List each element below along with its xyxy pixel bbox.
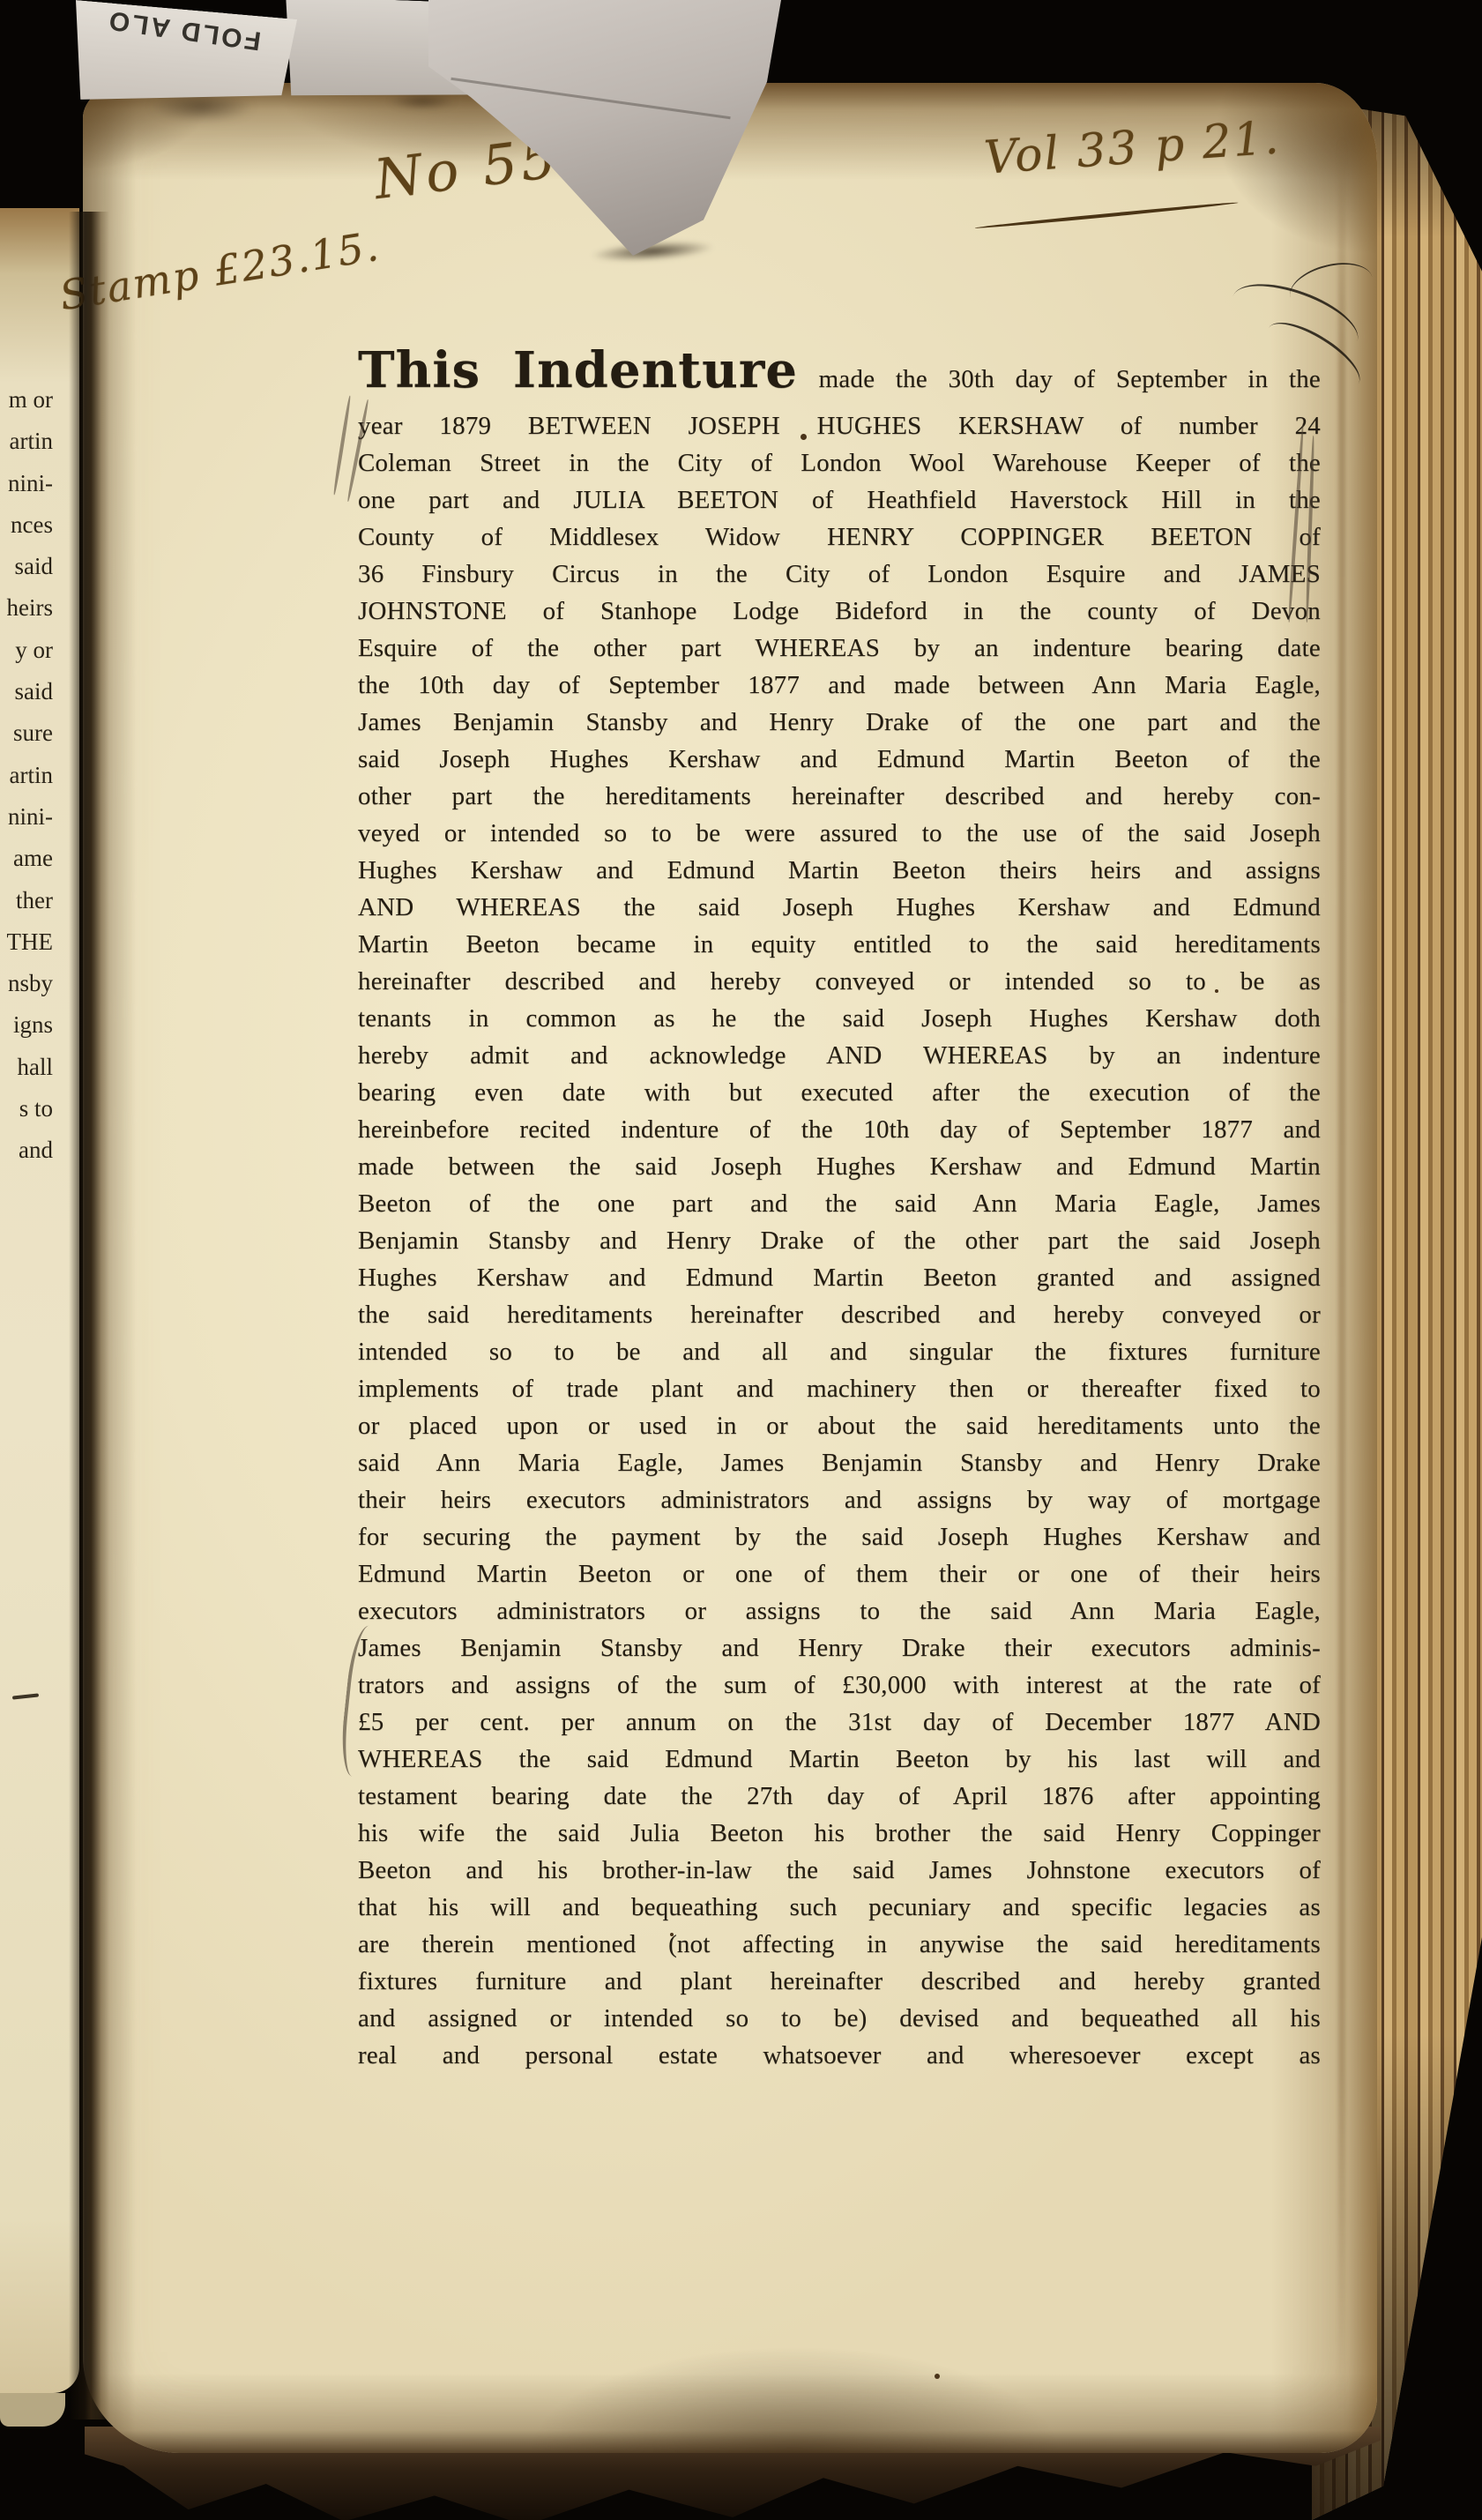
deed-body-text: This Indenture made the 30th day of Sept… bbox=[358, 339, 1321, 2074]
deed-line: hereinafter described and hereby conveye… bbox=[358, 963, 1321, 1000]
facing-page-under-leaf bbox=[0, 2393, 65, 2427]
facing-page-fragment: THE bbox=[0, 921, 53, 963]
deed-line: trators and assigns of the sum of £30,00… bbox=[358, 1666, 1321, 1704]
facing-page-fragment: nini- bbox=[0, 463, 53, 504]
deed-line: Beeton and his brother-in-law the said J… bbox=[358, 1852, 1321, 1889]
deed-line: bearing even date with but executed afte… bbox=[358, 1074, 1321, 1111]
deed-line: year 1879 BETWEEN JOSEPH HUGHES KERSHAW … bbox=[358, 407, 1321, 444]
facing-page-fragment: nsby bbox=[0, 963, 53, 1004]
deed-line: James Benjamin Stansby and Henry Drake t… bbox=[358, 1629, 1321, 1666]
deed-line: said Joseph Hughes Kershaw and Edmund Ma… bbox=[358, 741, 1321, 778]
facing-page-fragment: s to bbox=[0, 1088, 53, 1130]
deed-line: said Ann Maria Eagle, James Benjamin Sta… bbox=[358, 1444, 1321, 1481]
deed-line: AND WHEREAS the said Joseph Hughes Kersh… bbox=[358, 889, 1321, 926]
deed-page: No 553 Vol 33 p 21. Stamp £23.15. This I… bbox=[83, 83, 1377, 2453]
facing-page-fragment: ame bbox=[0, 838, 53, 879]
pencil-margin-mark bbox=[332, 395, 352, 495]
deed-line: executors administrators or assigns to t… bbox=[358, 1592, 1321, 1629]
deed-line: other part the hereditaments hereinafter… bbox=[358, 778, 1321, 815]
deed-line: their heirs executors administrators and… bbox=[358, 1481, 1321, 1518]
facing-page-fragment: artin bbox=[0, 755, 53, 796]
ledger-book-photo: m orartinnini-ncessaidheirsy orsaidsurea… bbox=[0, 0, 1482, 2520]
deed-line: real and personal estate whatsoever and … bbox=[358, 2037, 1321, 2074]
deed-line-text: made the 30th day of September in the bbox=[798, 365, 1321, 393]
deed-line: hereby admit and acknowledge AND WHEREAS… bbox=[358, 1037, 1321, 1074]
deed-line: that his will and bequeathing such pecun… bbox=[358, 1889, 1321, 1926]
facing-page-fragment: y or bbox=[0, 630, 53, 671]
deed-line: are therein mentioned (not affecting in … bbox=[358, 1926, 1321, 1963]
ink-speck bbox=[935, 2374, 940, 2379]
deed-line: County of Middlesex Widow HENRY COPPINGE… bbox=[358, 518, 1321, 555]
deed-line: hereinbefore recited indenture of the 10… bbox=[358, 1111, 1321, 1148]
deed-line: made between the said Joseph Hughes Kers… bbox=[358, 1148, 1321, 1185]
deed-line: the said hereditaments hereinafter descr… bbox=[358, 1296, 1321, 1333]
facing-page-fragment: said bbox=[0, 546, 53, 587]
deed-line: This Indenture made the 30th day of Sept… bbox=[358, 339, 1321, 407]
facing-page-fragment: hall bbox=[0, 1047, 53, 1088]
ink-speck bbox=[801, 434, 807, 440]
facing-page-fragment: said bbox=[0, 671, 53, 712]
facing-page-fragment: sure bbox=[0, 712, 53, 754]
facing-page-fragment: heirs bbox=[0, 587, 53, 629]
facing-page-fragment: m or bbox=[0, 379, 53, 421]
book-gutter-shadow bbox=[69, 212, 109, 2419]
deed-line: Martin Beeton became in equity entitled … bbox=[358, 926, 1321, 963]
deed-line: Edmund Martin Beeton or one of them thei… bbox=[358, 1555, 1321, 1592]
facing-page-fragment: artin bbox=[0, 421, 53, 462]
handwritten-volume-ref: Vol 33 p 21. bbox=[982, 111, 1282, 184]
margin-dash-mark bbox=[12, 1693, 39, 1699]
deed-line: WHEREAS the said Edmund Martin Beeton by… bbox=[358, 1741, 1321, 1778]
facing-page-fragment: and bbox=[0, 1130, 53, 1171]
deed-line: for securing the payment by the said Jos… bbox=[358, 1518, 1321, 1555]
volume-ref-text: Vol 33 p 21. bbox=[982, 111, 1282, 184]
deed-line: or placed upon or used in or about the s… bbox=[358, 1407, 1321, 1444]
deed-line: James Benjamin Stansby and Henry Drake o… bbox=[358, 704, 1321, 741]
deed-line: £5 per cent. per annum on the 31st day o… bbox=[358, 1704, 1321, 1741]
facing-page-edge: m orartinnini-ncessaidheirsy orsaidsurea… bbox=[0, 208, 79, 2393]
deed-line: one part and JULIA BEETON of Heathfield … bbox=[358, 481, 1321, 518]
deed-line: veyed or intended so to be were assured … bbox=[358, 815, 1321, 852]
page-crease bbox=[1338, 136, 1345, 2411]
deed-line: Esquire of the other part WHEREAS by an … bbox=[358, 630, 1321, 667]
deed-line: JOHNSTONE of Stanhope Lodge Bideford in … bbox=[358, 593, 1321, 630]
ink-speck bbox=[670, 1933, 674, 1936]
deed-line: and assigned or intended so to be) devis… bbox=[358, 2000, 1321, 2037]
facing-page-fragment: ther bbox=[0, 880, 53, 921]
deed-line: Hughes Kershaw and Edmund Martin Beeton … bbox=[358, 852, 1321, 889]
deed-line: fixtures furniture and plant hereinafter… bbox=[358, 1963, 1321, 2000]
facing-page-text-fragments: m orartinnini-ncessaidheirsy orsaidsurea… bbox=[0, 379, 53, 1172]
deed-line: Benjamin Stansby and Henry Drake of the … bbox=[358, 1222, 1321, 1259]
deed-line: Coleman Street in the City of London Woo… bbox=[358, 444, 1321, 481]
deed-line: intended so to be and all and singular t… bbox=[358, 1333, 1321, 1370]
deed-opening-words: This Indenture bbox=[358, 341, 798, 399]
facing-page-fragment: nces bbox=[0, 504, 53, 546]
deed-line: Hughes Kershaw and Edmund Martin Beeton … bbox=[358, 1259, 1321, 1296]
facing-page-fragment: nini- bbox=[0, 796, 53, 838]
deed-line: tenants in common as he the said Joseph … bbox=[358, 1000, 1321, 1037]
deed-line: 36 Finsbury Circus in the City of London… bbox=[358, 555, 1321, 593]
deed-line: testament bearing date the 27th day of A… bbox=[358, 1778, 1321, 1815]
deed-line: his wife the said Julia Beeton his broth… bbox=[358, 1815, 1321, 1852]
paper-slip-label: FOLD ALO bbox=[81, 1, 286, 59]
facing-page-fragment: igns bbox=[0, 1004, 53, 1046]
ink-speck bbox=[1215, 989, 1218, 993]
deed-line: Beeton of the one part and the said Ann … bbox=[358, 1185, 1321, 1222]
underline-stroke bbox=[975, 201, 1239, 230]
deed-line: the 10th day of September 1877 and made … bbox=[358, 667, 1321, 704]
deed-line: implements of trade plant and machinery … bbox=[358, 1370, 1321, 1407]
